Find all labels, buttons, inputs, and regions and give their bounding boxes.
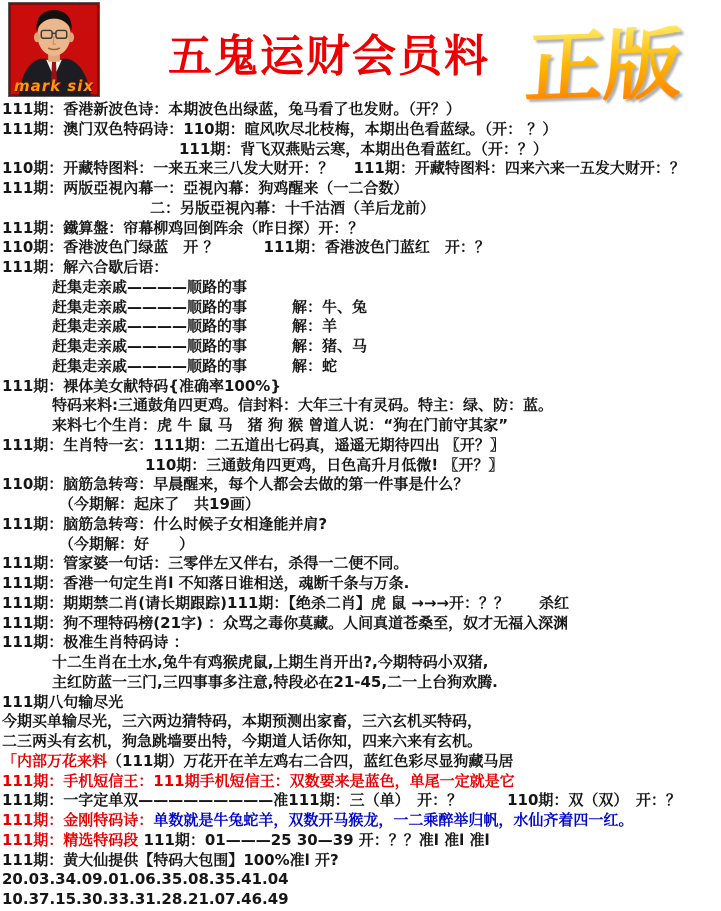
authentic-stamp: 正版 xyxy=(523,25,685,108)
text-segment: 111期八句输尽光 xyxy=(2,693,123,711)
photo-watermark-text: mark six xyxy=(9,77,99,95)
text-line: 111期：香港一句定生肖l 不知落日谁相送，魂断千条与万条. xyxy=(2,574,721,594)
text-segment: 来料七个生肖：虎 牛 鼠 马 猪 狗 猴 曾道人说：“狗在门前守其家” xyxy=(52,416,508,434)
text-segment: 二三两头有玄机，狗急跳墙要出特，今期道人话你知，四来六来有玄机。 xyxy=(2,732,482,750)
page-title: 五鬼运财会员料 xyxy=(168,20,490,84)
text-line: 111期：两版亞視內幕一：亞視內幕：狗鸡醒来（一二合数） xyxy=(2,179,721,199)
text-line: 二：另版亞視內幕：十千沽酒（羊后龙前） xyxy=(2,199,721,219)
text-line: 111期：脑筋急转弯：什么时候子女相逢能并肩? xyxy=(2,515,721,535)
text-segment: 111期：脑筋急转弯：什么时候子女相逢能并肩? xyxy=(2,515,327,533)
text-line: 赶集走亲戚————顺路的事 解：蛇 xyxy=(2,357,721,377)
text-line: 111期：鐵算盤：帘幕柳鸡回倒阵余（昨日探）开：？ xyxy=(2,219,721,239)
text-segment: 赶集走亲戚————顺路的事 解：羊 xyxy=(52,317,337,335)
text-line: 111期：一字定单双—————————准111期：三（单） 开：？ 110期：双… xyxy=(2,791,721,811)
text-segment: 111期：狗不理特码榜(21字) ：众骂之毒你莫藏。人间真道苍桑至，奴才无福入深… xyxy=(2,614,568,632)
text-line: （今期解：好 ） xyxy=(2,535,721,555)
text-line: （今期解：起床了 共19画） xyxy=(2,495,721,515)
text-segment: 赶集走亲戚————顺路的事 xyxy=(52,278,247,296)
text-segment: 今期买单输尽光，三六两边猜特码，本期预测出家畜，三六玄机买特码， xyxy=(2,712,482,730)
text-segment: 「内部万花来料 xyxy=(2,752,107,770)
text-segment: 111期：极准生肖特码诗 ： xyxy=(2,633,189,651)
text-line: 111期：黄大仙提供【特码大包围】100%准l 开? xyxy=(2,851,721,871)
text-line: 110期：香港波色门绿蓝 开 ？ 111期：香港波色门蓝红 开：？ xyxy=(2,238,721,258)
text-segment: 赶集走亲戚————顺路的事 解：牛、兔 xyxy=(52,298,367,316)
text-line: 来料七个生肖：虎 牛 鼠 马 猪 狗 猴 曾道人说：“狗在门前守其家” xyxy=(2,416,721,436)
text-segment: 111期：背飞双燕贴云寒，本期出色看蓝红。（开：？） xyxy=(179,140,548,158)
text-line: 111期：背飞双燕贴云寒，本期出色看蓝红。（开：？） xyxy=(2,140,721,160)
text-line: 110期：开藏特图料：一来五来三八发大财开：？ 111期：开藏特图料：四来六来一… xyxy=(2,159,721,179)
text-segment: 111期：香港新波色诗：本期波色出绿蓝，兔马看了也发财。（开？） xyxy=(2,100,461,118)
text-line: 111期：极准生肖特码诗 ： xyxy=(2,633,721,653)
text-segment: 111期：01———25 30—39 开：？？准l 准l 准l xyxy=(138,831,489,849)
text-segment: 110期：三通鼓角四更鸡，日色高升月低微! 〖开？〗 xyxy=(145,456,503,474)
text-line: 赶集走亲戚————顺路的事 解：羊 xyxy=(2,317,721,337)
text-segment: 110期：脑筋急转弯：早晨醒来，每个人都会去做的第一件事是什么？ xyxy=(2,475,468,493)
text-line: 十二生肖在土水,兔牛有鸡猴虎鼠,上期生肖开出?,今期特码小双猪, xyxy=(2,653,721,673)
text-segment: 赶集走亲戚————顺路的事 解：猪、马 xyxy=(52,337,367,355)
text-segment: 单数就是牛兔蛇羊，双数开马猴龙，一二乘醉举归帆，水仙齐着四一红。 xyxy=(153,811,633,829)
text-segment: 111期：金刚特码诗： xyxy=(2,811,153,829)
text-segment: 111期：香港一句定生肖l 不知落日谁相送，魂断千条与万条. xyxy=(2,574,409,592)
text-line: 特码来料:三通鼓角四更鸡。信封料：大年三十有灵码。特主：绿、防：蓝。 xyxy=(2,396,721,416)
text-line: 111期：期期禁二肖(请长期跟踪)111期：【绝杀二肖】虎 鼠 →→→开：？？ … xyxy=(2,594,721,614)
text-segment: 111期：管家婆一句话：三零伴左又伴右，杀得一二便不同。 xyxy=(2,554,408,572)
text-segment: 111期：裸体美女献特码{准确率100%} xyxy=(2,377,281,395)
text-line: 「内部万花来料（111期）万花开在羊左鸡右二合四，蓝红色彩尽显狗藏马居 xyxy=(2,752,721,772)
text-line: 赶集走亲戚————顺路的事 xyxy=(2,278,721,298)
text-segment: 二：另版亞視內幕：十千沽酒（羊后龙前） xyxy=(150,199,435,217)
content-lines: 111期：香港新波色诗：本期波色出绿蓝，兔马看了也发财。（开？）111期：澳门双… xyxy=(2,100,721,910)
text-line: 今期买单输尽光，三六两边猜特码，本期预测出家畜，三六玄机买特码， xyxy=(2,712,721,732)
text-segment: 111期：两版亞視內幕一：亞視內幕：狗鸡醒来（一二合数） xyxy=(2,179,408,197)
text-line: 赶集走亲戚————顺路的事 解：牛、兔 xyxy=(2,298,721,318)
text-segment: （今期解：起床了 共19画） xyxy=(59,495,260,513)
text-line: 111期：金刚特码诗：单数就是牛兔蛇羊，双数开马猴龙，一二乘醉举归帆，水仙齐着四… xyxy=(2,811,721,831)
text-segment: 赶集走亲戚————顺路的事 解：蛇 xyxy=(52,357,337,375)
text-line: 111期：手机短信王：111期手机短信王：双数要来是蓝色，单尾一定就是它 xyxy=(2,772,721,792)
text-line: 主红防蓝一三门,三四事事多注意,特段必在21-45,二一上台狗欢腾. xyxy=(2,673,721,693)
author-photo: mark six xyxy=(8,2,100,97)
text-line: 111期：澳门双色特码诗：110期：暄风吹尽北枝梅，本期出色看蓝绿。（开： ？） xyxy=(2,120,721,140)
text-line: 111期：香港新波色诗：本期波色出绿蓝，兔马看了也发财。（开？） xyxy=(2,100,721,120)
text-segment: 110期：香港波色门绿蓝 开 ？ 111期：香港波色门蓝红 开：？ xyxy=(2,238,490,256)
text-segment: 111期：精选特码段 xyxy=(2,831,138,849)
text-segment: 111期：一字定单双—————————准111期：三（单） 开：？ 110期：双… xyxy=(2,791,681,809)
text-line: 110期：脑筋急转弯：早晨醒来，每个人都会去做的第一件事是什么？ xyxy=(2,475,721,495)
text-segment: 110期：开藏特图料：一来五来三八发大财开：？ 111期：开藏特图料：四来六来一… xyxy=(2,159,685,177)
text-line: 111期：狗不理特码榜(21字) ：众骂之毒你莫藏。人间真道苍桑至，奴才无福入深… xyxy=(2,614,721,634)
text-segment: 十二生肖在土水,兔牛有鸡猴虎鼠,上期生肖开出?,今期特码小双猪, xyxy=(52,653,489,671)
text-segment: 主红防蓝一三门,三四事事多注意,特段必在21-45,二一上台狗欢腾. xyxy=(52,673,498,691)
text-segment: 111期：生肖特一玄：111期：二五道出七码真，遥遥无期待四出 〖开？〗 xyxy=(2,436,505,454)
text-line: 111期八句输尽光 xyxy=(2,693,721,713)
text-line: 111期：生肖特一玄：111期：二五道出七码真，遥遥无期待四出 〖开？〗 xyxy=(2,436,721,456)
text-segment: 特码来料:三通鼓角四更鸡。信封料：大年三十有灵码。特主：绿、防：蓝。 xyxy=(52,396,553,414)
text-segment: 111期：期期禁二肖(请长期跟踪)111期：【绝杀二肖】虎 鼠 →→→开：？？ … xyxy=(2,594,569,612)
text-line: 111期：精选特码段 111期：01———25 30—39 开：？？准l 准l … xyxy=(2,831,721,851)
text-segment: 111期：解六合歇后语： xyxy=(2,258,168,276)
text-segment: 20.03.34.09.01.06.35.08.35.41.04 xyxy=(2,870,289,888)
text-segment: 111期：手机短信王：111期手机短信王：双数要来是蓝色，单尾一定就是它 xyxy=(2,772,515,790)
text-line: 110期：三通鼓角四更鸡，日色高升月低微! 〖开？〗 xyxy=(2,456,721,476)
text-line: 赶集走亲戚————顺路的事 解：猪、马 xyxy=(2,337,721,357)
text-line: 111期：管家婆一句话：三零伴左又伴右，杀得一二便不同。 xyxy=(2,554,721,574)
text-line: 111期：裸体美女献特码{准确率100%} xyxy=(2,377,721,397)
text-segment: （今期解：好 ） xyxy=(59,535,194,553)
text-line: 20.03.34.09.01.06.35.08.35.41.04 xyxy=(2,870,721,890)
text-segment: 111期：澳门双色特码诗：110期：暄风吹尽北枝梅，本期出色看蓝绿。（开： ？） xyxy=(2,120,557,138)
text-line: 10.37.15.30.33.31.28.21.07.46.49 xyxy=(2,890,721,910)
text-line: 111期：解六合歇后语： xyxy=(2,258,721,278)
text-line: 二三两头有玄机，狗急跳墙要出特，今期道人话你知，四来六来有玄机。 xyxy=(2,732,721,752)
tip-sheet-page: mark six 五鬼运财会员料 正版 111期：香港新波色诗：本期波色出绿蓝，… xyxy=(0,0,721,911)
text-segment: 10.37.15.30.33.31.28.21.07.46.49 xyxy=(2,890,289,908)
text-segment: 111期：鐵算盤：帘幕柳鸡回倒阵余（昨日探）开：？ xyxy=(2,219,363,237)
text-segment: 111期：黄大仙提供【特码大包围】100%准l 开? xyxy=(2,851,339,869)
text-segment: （111期）万花开在羊左鸡右二合四，蓝红色彩尽显狗藏马居 xyxy=(107,752,513,770)
